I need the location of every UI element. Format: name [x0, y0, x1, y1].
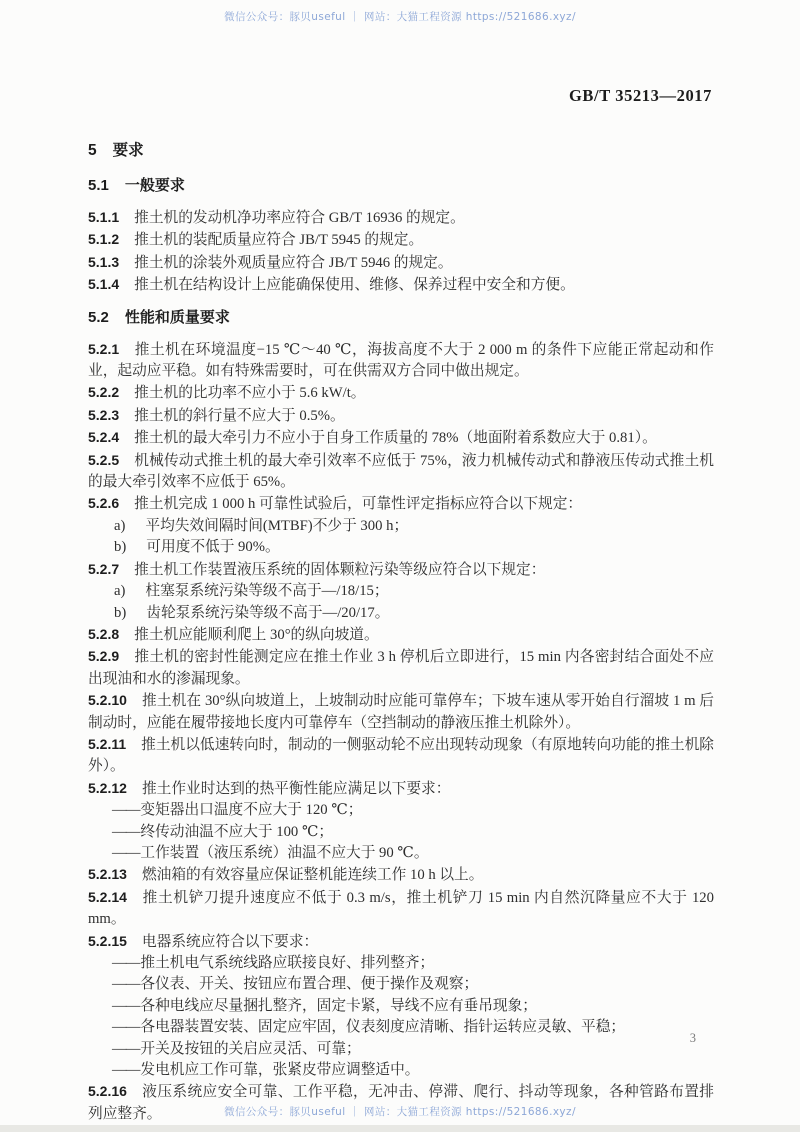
clause-text: 推土作业时达到的热平衡性能应满足以下要求：	[142, 781, 450, 797]
clause-number: 5.2.13	[88, 866, 127, 882]
clause-number: 5.2.5	[88, 452, 119, 468]
document-body: 5要求5.1一般要求5.1.1推土机的发动机净功率应符合 GB/T 16936 …	[88, 140, 714, 1125]
clause-5.2.6: 5.2.6推土机完成 1 000 h 可靠性试验后，可靠性评定指标应符合以下规定…	[88, 493, 714, 515]
clause-text: 推土机的比功率不应小于 5.6 kW/t。	[134, 385, 365, 401]
clause-number: 5.1.4	[88, 276, 119, 292]
document-page: 微信公众号：豚贝useful ｜ 网站：大猫工程资源 https://52168…	[0, 0, 800, 1132]
dash-item: ——各电器装置安装、固定应牢固，仪表刻度应清晰、指针运转应灵敏、平稳；	[88, 1017, 714, 1038]
clause-5.2.11: 5.2.11推土机以低速转向时，制动的一侧驱动轮不应出现转动现象（有原地转向功能…	[88, 734, 714, 778]
clause-number: 5.1.2	[88, 231, 119, 247]
dash-item-text: 终传动油温不应大于 100 ℃；	[140, 824, 333, 840]
list-item: b)可用度不低于 90%。	[88, 537, 714, 558]
clause-number: 5.2.1	[88, 341, 119, 357]
dash-item-text: 变矩器出口温度不应大于 120 ℃；	[140, 802, 362, 818]
clause-text: 推土机在环境温度−15 ℃～40 ℃，海拔高度不大于 2 000 m 的条件下应…	[88, 342, 714, 379]
dash-prefix: ——	[112, 955, 139, 971]
dash-item-text: 推土机电气系统线路应联接良好、排列整齐；	[140, 955, 434, 971]
dash-item-text: 发电机应工作可靠，张紧皮带应调整适中。	[140, 1062, 419, 1078]
section-number: 5.1	[88, 177, 109, 194]
dash-prefix: ——	[112, 1019, 139, 1035]
clause-text: 推土机铲刀提升速度应不低于 0.3 m/s，推土机铲刀 15 min 内自然沉降…	[88, 890, 714, 927]
list-item: a)平均失效间隔时间(MTBF)不少于 300 h；	[88, 516, 714, 537]
dash-item: ——推土机电气系统线路应联接良好、排列整齐；	[88, 953, 714, 974]
clause-text: 推土机的最大牵引力不应小于自身工作质量的 78%（地面附着系数应大于 0.81）…	[134, 430, 657, 446]
clause-5.1.3: 5.1.3推土机的涂装外观质量应符合 JB/T 5946 的规定。	[88, 252, 714, 274]
clause-number: 5.2.14	[88, 889, 127, 905]
clause-number: 5.2.3	[88, 407, 119, 423]
clause-text: 推土机在结构设计上应能确保使用、维修、保养过程中安全和方便。	[134, 277, 575, 293]
clause-5.2.8: 5.2.8推土机应能顺利爬上 30°的纵向坡道。	[88, 624, 714, 646]
clause-5.2.10: 5.2.10推土机在 30°纵向坡道上，上坡制动时应能可靠停车；下坡车速从零开始…	[88, 690, 714, 734]
list-item-text: 平均失效间隔时间(MTBF)不少于 300 h；	[145, 518, 408, 534]
clause-number: 5.2.8	[88, 626, 119, 642]
page-number: 3	[690, 1031, 696, 1046]
section-title: 性能和质量要求	[125, 309, 230, 326]
clause-text: 推土机的涂装外观质量应符合 JB/T 5946 的规定。	[134, 255, 452, 271]
dash-item-text: 各种电线应尽量捆扎整齐，固定卡紧，导线不应有垂吊现象；	[140, 998, 537, 1014]
dash-item: ——发电机应工作可靠，张紧皮带应调整适中。	[88, 1060, 714, 1081]
dash-prefix: ——	[112, 845, 139, 861]
clause-5.1.4: 5.1.4推土机在结构设计上应能确保使用、维修、保养过程中安全和方便。	[88, 274, 714, 296]
clause-number: 5.2.2	[88, 384, 119, 400]
clause-5.2.2: 5.2.2推土机的比功率不应小于 5.6 kW/t。	[88, 382, 714, 404]
dash-prefix: ——	[112, 1062, 139, 1078]
clause-number: 5.2.7	[88, 561, 119, 577]
clause-text: 电器系统应符合以下要求：	[142, 934, 318, 950]
clause-number: 5.2.12	[88, 780, 127, 796]
list-item: b)齿轮泵系统污染等级不高于—/20/17。	[88, 603, 714, 624]
list-item-label: a)	[114, 583, 125, 599]
clause-text: 推土机应能顺利爬上 30°的纵向坡道。	[134, 627, 379, 643]
clause-text: 推土机以低速转向时，制动的一侧驱动轮不应出现转动现象（有原地转向功能的推土机除外…	[88, 737, 714, 774]
dash-item: ——开关及按钮的关启应灵活、可靠；	[88, 1039, 714, 1060]
dash-item-text: 各仪表、开关、按钮应布置合理、便于操作及观察；	[140, 976, 478, 992]
list-item-label: b)	[114, 539, 126, 555]
list-item-label: a)	[114, 518, 125, 534]
clause-5.2.7: 5.2.7推土机工作装置液压系统的固体颗粒污染等级应符合以下规定：	[88, 559, 714, 581]
dash-prefix: ——	[112, 976, 139, 992]
list-item-text: 柱塞泵系统污染等级不高于—/18/15；	[145, 583, 388, 599]
clause-5.2.13: 5.2.13燃油箱的有效容量应保证整机能连续工作 10 h 以上。	[88, 864, 714, 886]
dash-item: ——工作装置（液压系统）油温不应大于 90 ℃。	[88, 843, 714, 864]
clause-number: 5.2.11	[88, 736, 126, 752]
list-item: a)柱塞泵系统污染等级不高于—/18/15；	[88, 581, 714, 602]
standard-number: GB/T 35213—2017	[569, 86, 712, 106]
dash-item-text: 开关及按钮的关启应灵活、可靠；	[140, 1041, 360, 1057]
section-heading-5.1: 5.1一般要求	[88, 175, 714, 197]
dash-item: ——终传动油温不应大于 100 ℃；	[88, 822, 714, 843]
clause-5.2.9: 5.2.9推土机的密封性能测定应在推土作业 3 h 停机后立即进行，15 min…	[88, 646, 714, 690]
clause-text: 推土机工作装置液压系统的固体颗粒污染等级应符合以下规定：	[134, 562, 545, 578]
clause-number: 5.2.15	[88, 933, 127, 949]
clause-number: 5.2.9	[88, 648, 119, 664]
clause-text: 推土机的斜行量不应大于 0.5%。	[134, 408, 345, 424]
section-title: 要求	[113, 142, 144, 159]
section-number: 5	[88, 142, 97, 159]
clause-5.2.5: 5.2.5机械传动式推土机的最大牵引效率不应低于 75%，液力机械传动式和静液压…	[88, 450, 714, 494]
watermark-top: 微信公众号：豚贝useful ｜ 网站：大猫工程资源 https://52168…	[0, 9, 800, 24]
clause-number: 5.2.4	[88, 429, 119, 445]
dash-item: ——变矩器出口温度不应大于 120 ℃；	[88, 800, 714, 821]
clause-number: 5.2.16	[88, 1083, 127, 1099]
clause-text: 推土机的密封性能测定应在推土作业 3 h 停机后立即进行，15 min 内各密封…	[88, 649, 714, 686]
list-item-text: 可用度不低于 90%。	[146, 539, 279, 555]
clause-number: 5.2.10	[88, 692, 127, 708]
section-heading-5: 5要求	[88, 140, 714, 162]
section-number: 5.2	[88, 309, 109, 326]
clause-number: 5.1.3	[88, 254, 119, 270]
clause-5.1.1: 5.1.1推土机的发动机净功率应符合 GB/T 16936 的规定。	[88, 207, 714, 229]
watermark-bottom: 微信公众号：豚贝useful ｜ 网站：大猫工程资源 https://52168…	[0, 1104, 800, 1119]
dash-prefix: ——	[112, 998, 139, 1014]
clause-number: 5.1.1	[88, 209, 119, 225]
clause-5.2.14: 5.2.14推土机铲刀提升速度应不低于 0.3 m/s，推土机铲刀 15 min…	[88, 887, 714, 931]
page-edge-strip	[0, 1125, 800, 1132]
clause-text: 推土机的发动机净功率应符合 GB/T 16936 的规定。	[134, 210, 465, 226]
clause-number: 5.2.6	[88, 495, 119, 511]
dash-item: ——各仪表、开关、按钮应布置合理、便于操作及观察；	[88, 974, 714, 995]
clause-5.1.2: 5.1.2推土机的装配质量应符合 JB/T 5945 的规定。	[88, 229, 714, 251]
clause-text: 推土机的装配质量应符合 JB/T 5945 的规定。	[134, 232, 423, 248]
section-title: 一般要求	[125, 177, 185, 194]
dash-prefix: ——	[112, 1041, 139, 1057]
list-item-label: b)	[114, 605, 126, 621]
dash-prefix: ——	[112, 824, 139, 840]
clause-5.2.3: 5.2.3推土机的斜行量不应大于 0.5%。	[88, 405, 714, 427]
clause-5.2.15: 5.2.15电器系统应符合以下要求：	[88, 931, 714, 953]
dash-item: ——各种电线应尽量捆扎整齐，固定卡紧，导线不应有垂吊现象；	[88, 996, 714, 1017]
clause-text: 推土机完成 1 000 h 可靠性试验后，可靠性评定指标应符合以下规定：	[134, 496, 582, 512]
clause-text: 推土机在 30°纵向坡道上，上坡制动时应能可靠停车；下坡车速从零开始自行溜坡 1…	[88, 693, 714, 730]
clause-text: 机械传动式推土机的最大牵引效率不应低于 75%，液力机械传动式和静液压传动式推土…	[88, 453, 714, 490]
clause-5.2.4: 5.2.4推土机的最大牵引力不应小于自身工作质量的 78%（地面附着系数应大于 …	[88, 427, 714, 449]
dash-item-text: 各电器装置安装、固定应牢固，仪表刻度应清晰、指针运转应灵敏、平稳；	[140, 1019, 625, 1035]
dash-prefix: ——	[112, 802, 139, 818]
clause-5.2.12: 5.2.12推土作业时达到的热平衡性能应满足以下要求：	[88, 778, 714, 800]
clause-5.2.1: 5.2.1推土机在环境温度−15 ℃～40 ℃，海拔高度不大于 2 000 m …	[88, 339, 714, 383]
dash-item-text: 工作装置（液压系统）油温不应大于 90 ℃。	[140, 845, 428, 861]
clause-text: 燃油箱的有效容量应保证整机能连续工作 10 h 以上。	[142, 867, 484, 883]
list-item-text: 齿轮泵系统污染等级不高于—/20/17。	[146, 605, 389, 621]
section-heading-5.2: 5.2性能和质量要求	[88, 307, 714, 329]
